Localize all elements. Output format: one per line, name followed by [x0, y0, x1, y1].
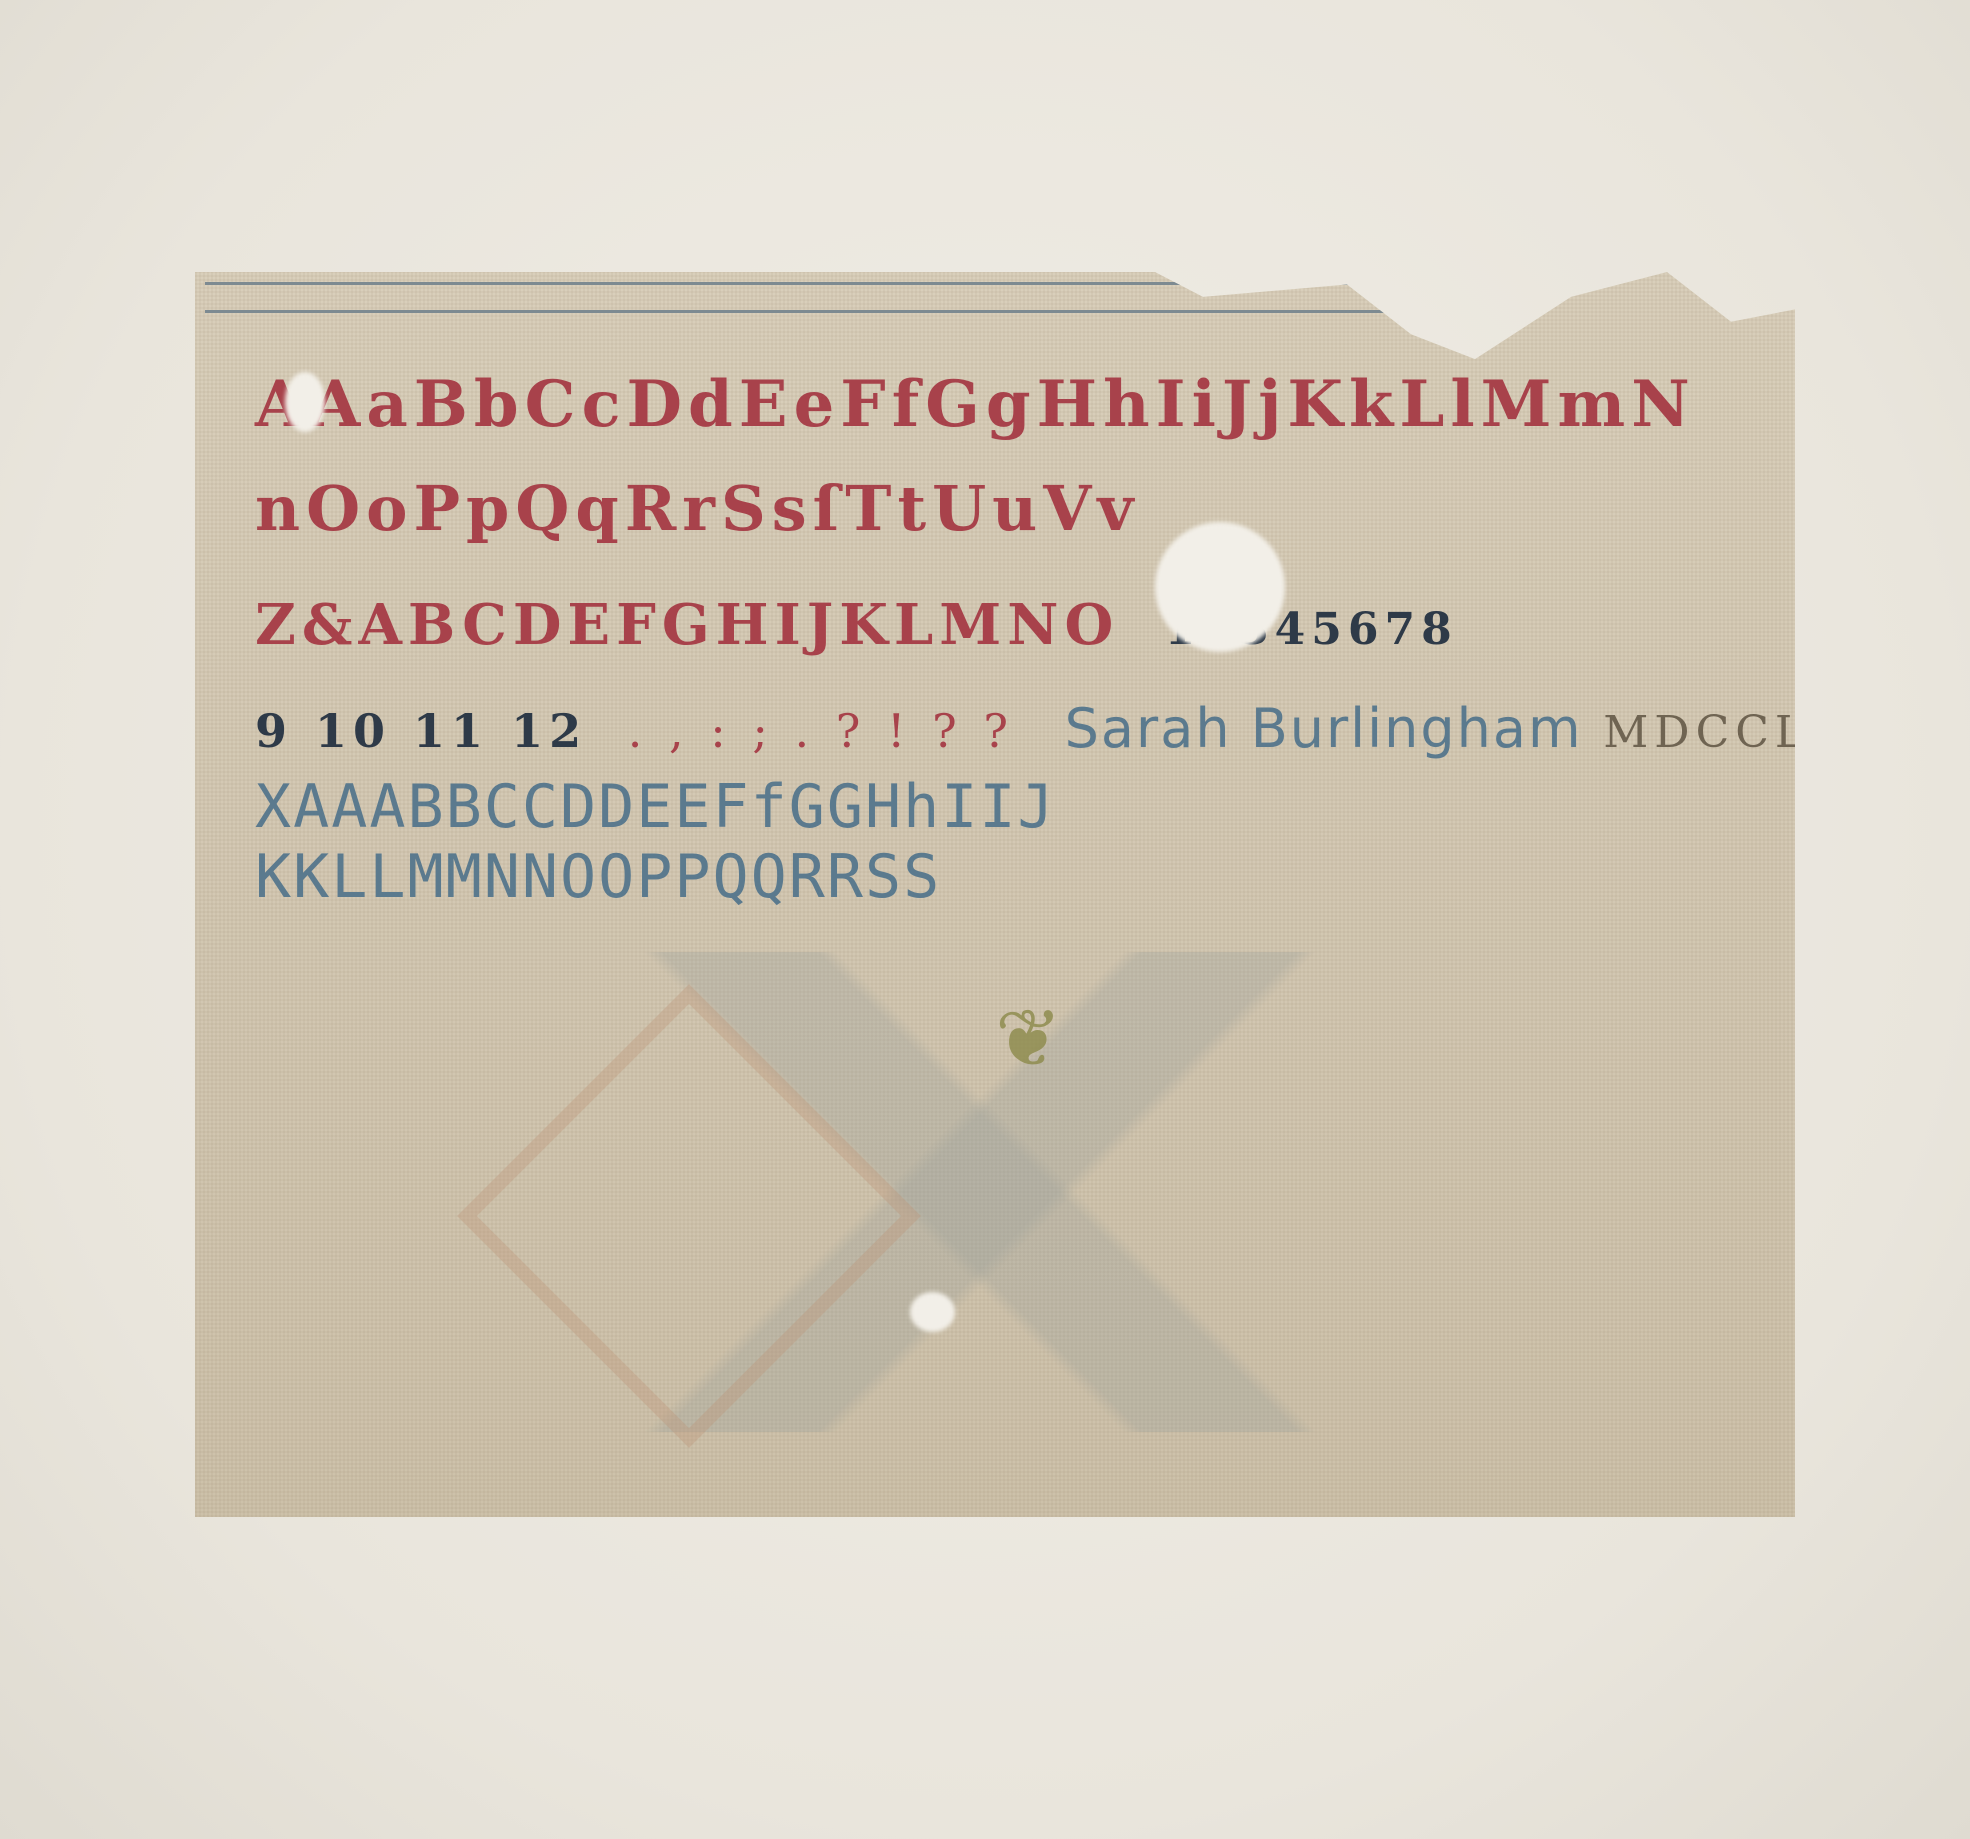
faded-lattice-band [255, 952, 1705, 1432]
punctuation: . , : ; . ? ! ? ? [628, 704, 1014, 758]
fabric-hole [285, 372, 325, 432]
alphabet-row-1: AAaBbCcDdEeFfGgHhIiJjKkLlMmN [255, 367, 1696, 442]
flower-motif: ❦ [995, 992, 1062, 1085]
border-stitch-line [205, 310, 1475, 313]
alphabet-row-6: KKLLMMNNOOPPQQRRSS [255, 842, 941, 912]
maker-name: Sarah Burlingham [1065, 697, 1583, 760]
numbers-cont: 9 10 11 12 [255, 704, 587, 758]
fabric-hole [1155, 522, 1285, 652]
alphabet-row-2: nOoPpQqRrSsſTtUuVv [255, 472, 1139, 545]
sampler-fabric: AAaBbCcDdEeFfGgHhIiJjKkLlMmN nOoPpQqRrSs… [195, 272, 1795, 1517]
ornate-letters: Z&ABCDEFGHIJKLMNO [255, 592, 1119, 658]
fabric-hole [910, 1292, 955, 1332]
signature-row: 9 10 11 12 . , : ; . ? ! ? ? Sarah Burli… [255, 697, 1847, 760]
alphabet-row-5: XAAABBCCDDEEFfGGHhIIJ [255, 772, 1056, 842]
